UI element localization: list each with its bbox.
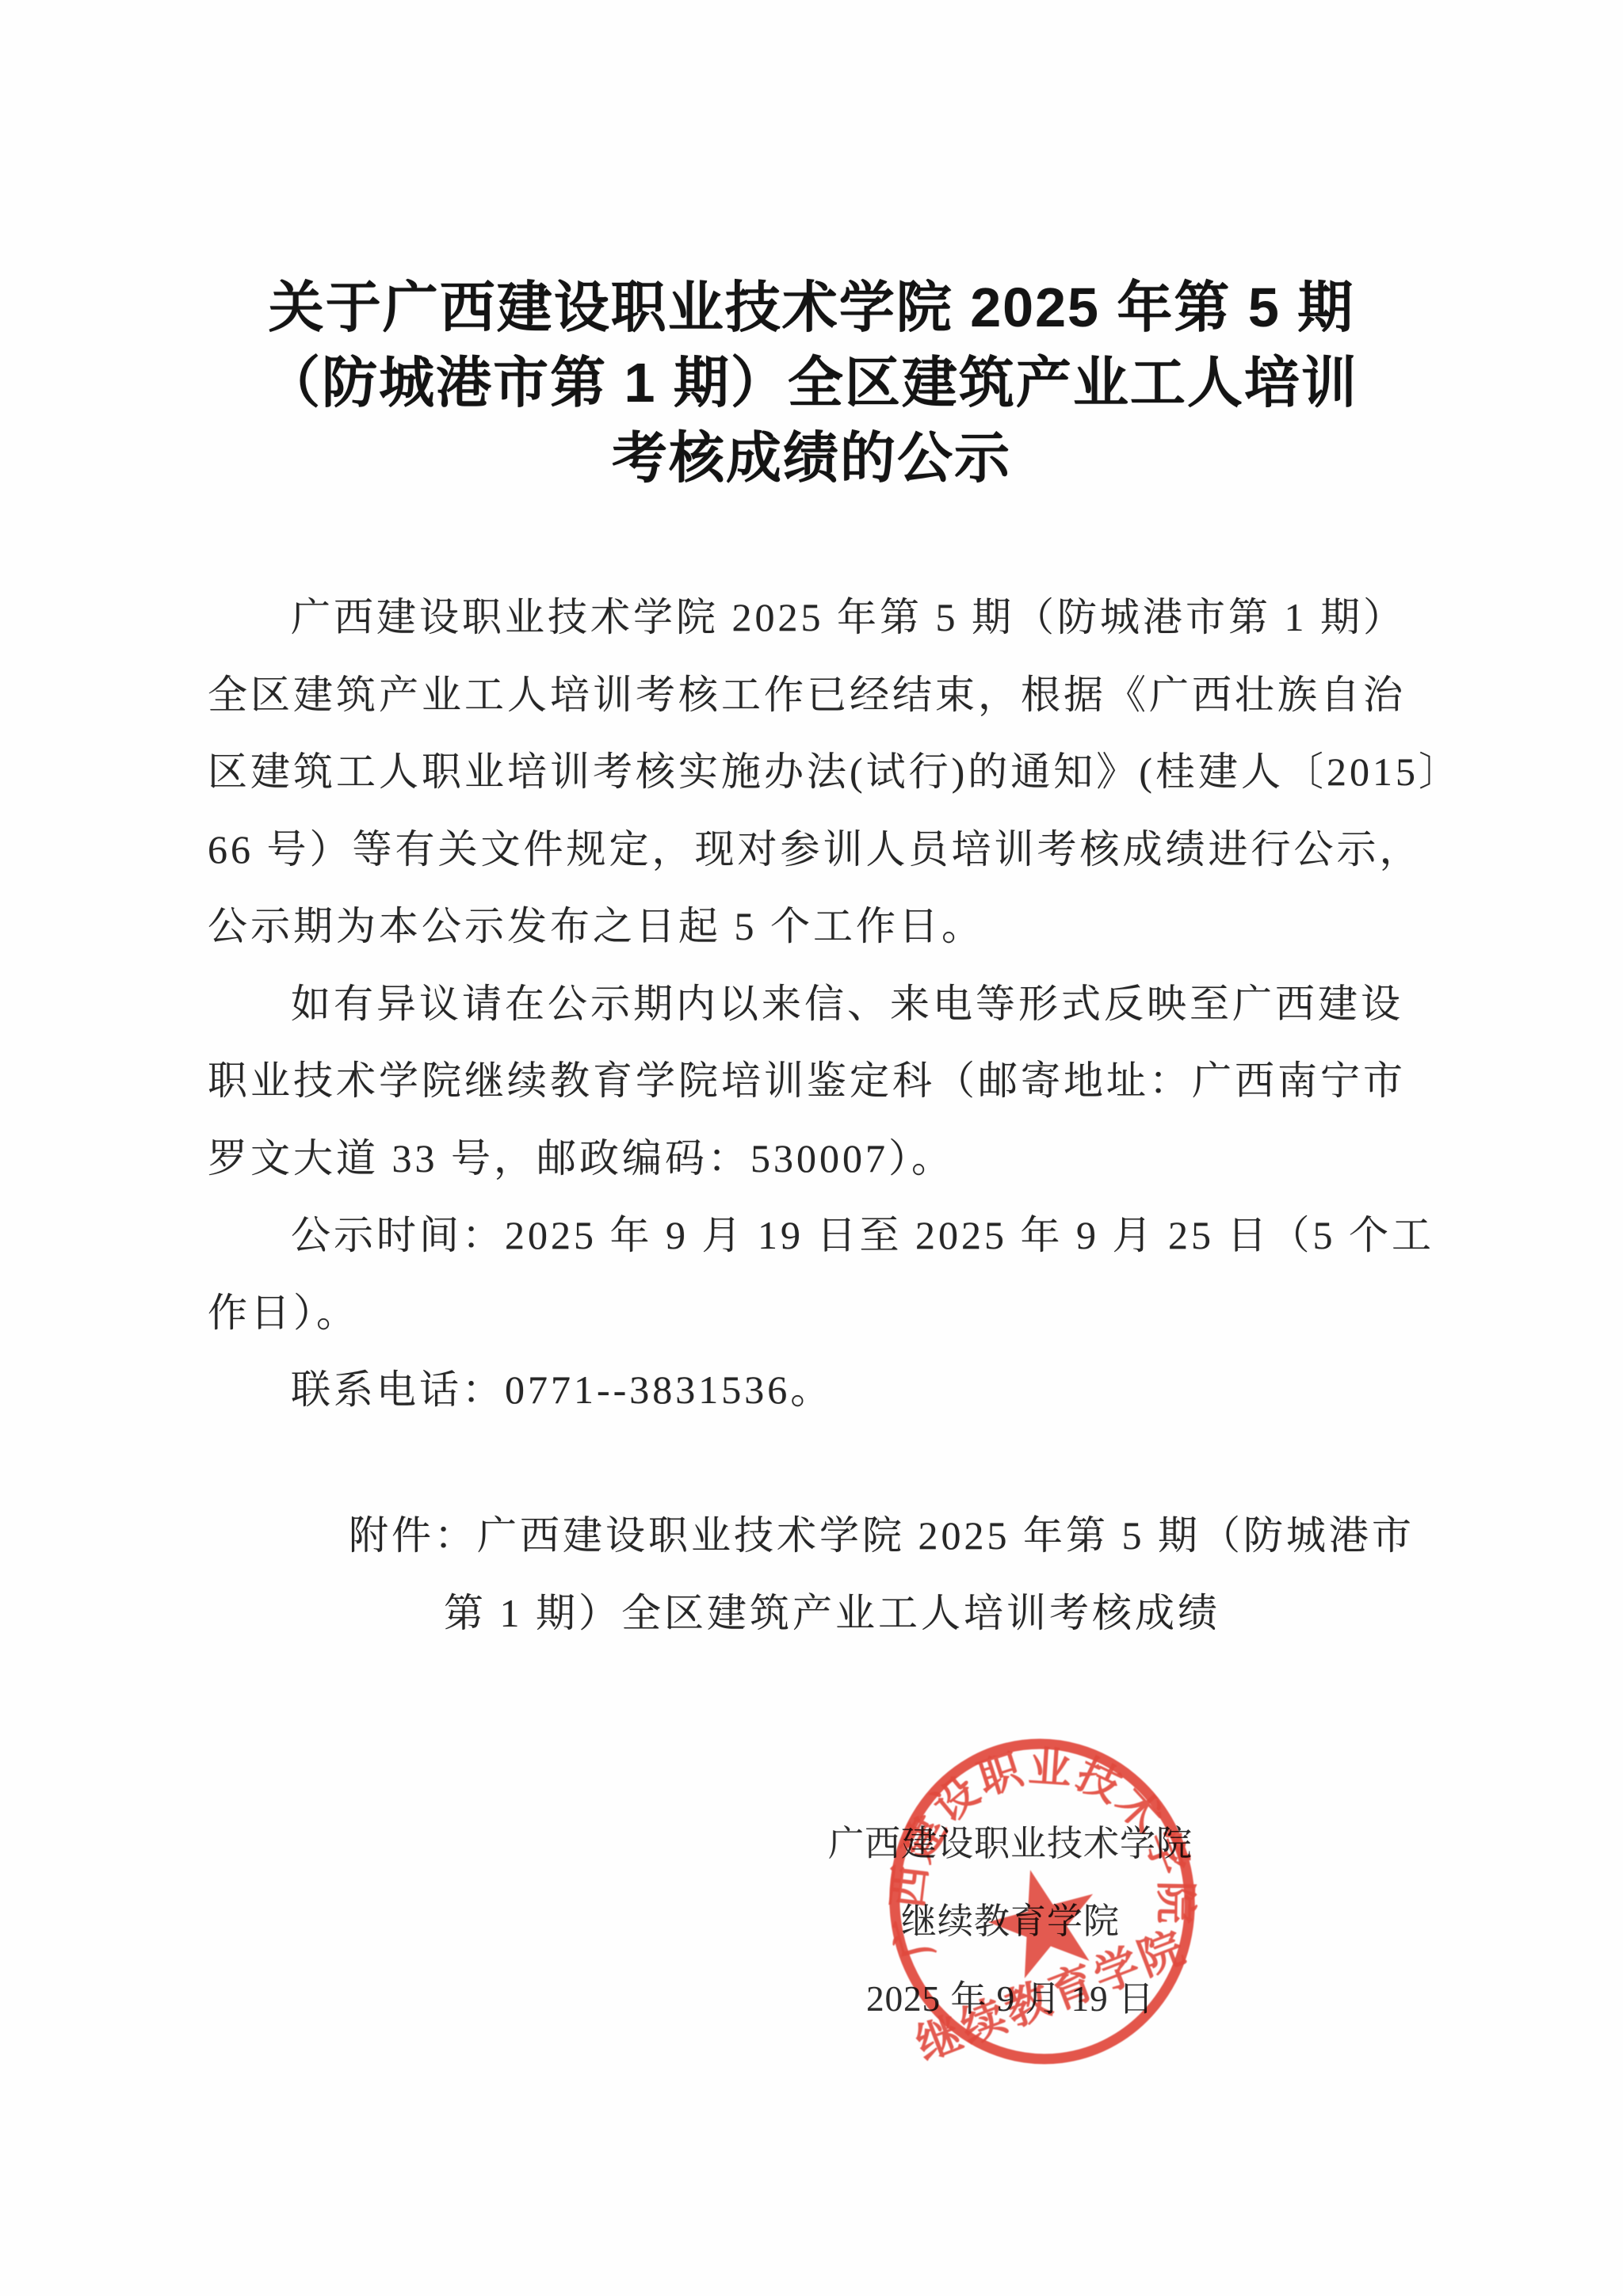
body-line: 广西建设职业技术学院 2025 年第 5 期（防城港市第 1 期） (208, 579, 1428, 657)
body-line: 职业技术学院继续教育学院培训鉴定科（邮寄地址：广西南宁市 (208, 1043, 1428, 1120)
title-line: 考核成绩的公示 (0, 421, 1623, 496)
body-line: 如有异议请在公示期内以来信、来电等形式反映至广西建设 (208, 966, 1428, 1043)
body-line: 联系电话：0771--3831536。 (208, 1352, 1428, 1429)
body-line: 罗文大道 33 号，邮政编码：530007）。 (208, 1120, 1428, 1198)
doc-title: 关于广西建设职业技术学院 2025 年第 5 期 （防城港市第 1 期）全区建筑… (0, 270, 1623, 496)
title-line: （防城港市第 1 期）全区建筑产业工人培训 (0, 345, 1623, 421)
attachment-line: 附件：广西建设职业技术学院 2025 年第 5 期（防城港市 (208, 1497, 1428, 1574)
attachment-line: 第 1 期）全区建筑产业工人培训考核成绩 (208, 1574, 1428, 1652)
body-line: 66 号）等有关文件规定，现对参训人员培训考核成绩进行公示， (208, 811, 1428, 889)
official-seal: 广西建设职业技术学院 继续教育学院 (852, 1703, 1232, 2100)
body-line: 全区建筑产业工人培训考核工作已经结束，根据《广西壮族自治 (208, 657, 1428, 734)
doc-body: 广西建设职业技术学院 2025 年第 5 期（防城港市第 1 期） 全区建筑产业… (208, 579, 1428, 1429)
attachment-block: 附件：广西建设职业技术学院 2025 年第 5 期（防城港市 第 1 期）全区建… (208, 1497, 1428, 1652)
body-line: 公示时间：2025 年 9 月 19 日至 2025 年 9 月 25 日（5 … (208, 1197, 1428, 1275)
document-page: 关于广西建设职业技术学院 2025 年第 5 期 （防城港市第 1 期）全区建筑… (0, 0, 1623, 2296)
body-line: 区建筑工人职业培训考核实施办法(试行)的通知》(桂建人〔2015〕 (208, 734, 1428, 811)
body-line: 作日）。 (208, 1275, 1428, 1352)
title-line: 关于广西建设职业技术学院 2025 年第 5 期 (0, 270, 1623, 345)
body-line: 公示期为本公示发布之日起 5 个工作日。 (208, 888, 1428, 966)
